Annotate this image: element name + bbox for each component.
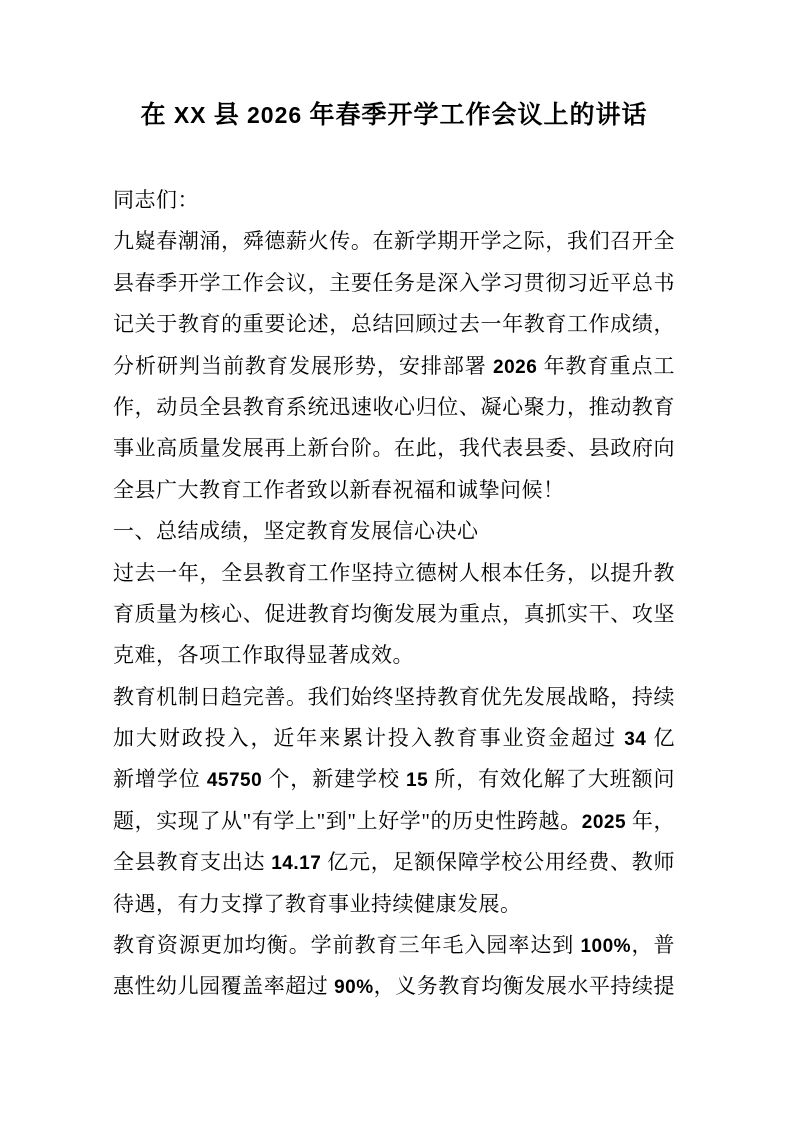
- document-content: 在 XX 县 2026 年春季开学工作会议上的讲话 同志们：九嶷春潮涌，舜德薪火…: [113, 0, 675, 1122]
- document-body: 同志们：九嶷春潮涌，舜德薪火传。在新学期开学之际，我们召开全县春季开学工作会议，…: [113, 180, 675, 1008]
- paragraph-line: 记关于教育的重要论述，总结回顾过去一年教育工作成绩，: [113, 304, 675, 345]
- paragraph-line: 惠性幼儿园覆盖率超过 90%，义务教育均衡发展水平持续提: [113, 966, 675, 1007]
- paragraph-line: 九嶷春潮涌，舜德薪火传。在新学期开学之际，我们召开全: [113, 221, 675, 262]
- paragraph-line: 教育资源更加均衡。学前教育三年毛入园率达到 100%，普: [113, 925, 675, 966]
- paragraph-line: 全县广大教育工作者致以新春祝福和诚挚问候！: [113, 470, 675, 511]
- paragraph-line: 加大财政投入，近年来累计投入教育事业资金超过 34 亿元，: [113, 718, 675, 759]
- paragraph-line: 事业高质量发展再上新台阶。在此，我代表县委、县政府向: [113, 428, 675, 469]
- paragraph-line: 教育机制日趋完善。我们始终坚持教育优先发展战略，持续: [113, 677, 675, 718]
- paragraph-line: 题，实现了从"有学上"到"上好学"的历史性跨越。2025 年，: [113, 801, 675, 842]
- paragraph-line: 待遇，有力支撑了教育事业持续健康发展。: [113, 884, 675, 925]
- paragraph-line: 过去一年，全县教育工作坚持立德树人根本任务，以提升教: [113, 553, 675, 594]
- paragraph-line: 县春季开学工作会议，主要任务是深入学习贯彻习近平总书: [113, 263, 675, 304]
- paragraph-line: 作，动员全县教育系统迅速收心归位、凝心聚力，推动教育: [113, 387, 675, 428]
- paragraph-line: 同志们：: [113, 180, 675, 221]
- paragraph-line: 一、总结成绩，坚定教育发展信心决心: [113, 511, 675, 552]
- document-page: 在 XX 县 2026 年春季开学工作会议上的讲话 同志们：九嶷春潮涌，舜德薪火…: [0, 0, 793, 1122]
- paragraph-line: 克难，各项工作取得显著成效。: [113, 635, 675, 676]
- paragraph-line: 育质量为核心、促进教育均衡发展为重点，真抓实干、攻坚: [113, 594, 675, 635]
- document-title: 在 XX 县 2026 年春季开学工作会议上的讲话: [113, 95, 675, 136]
- paragraph-line: 新增学位 45750 个，新建学校 15 所，有效化解了大班额问: [113, 759, 675, 800]
- paragraph-line: 全县教育支出达 14.17 亿元，足额保障学校公用经费、教师: [113, 842, 675, 883]
- paragraph-line: 分析研判当前教育发展形势，安排部署 2026 年教育重点工: [113, 346, 675, 387]
